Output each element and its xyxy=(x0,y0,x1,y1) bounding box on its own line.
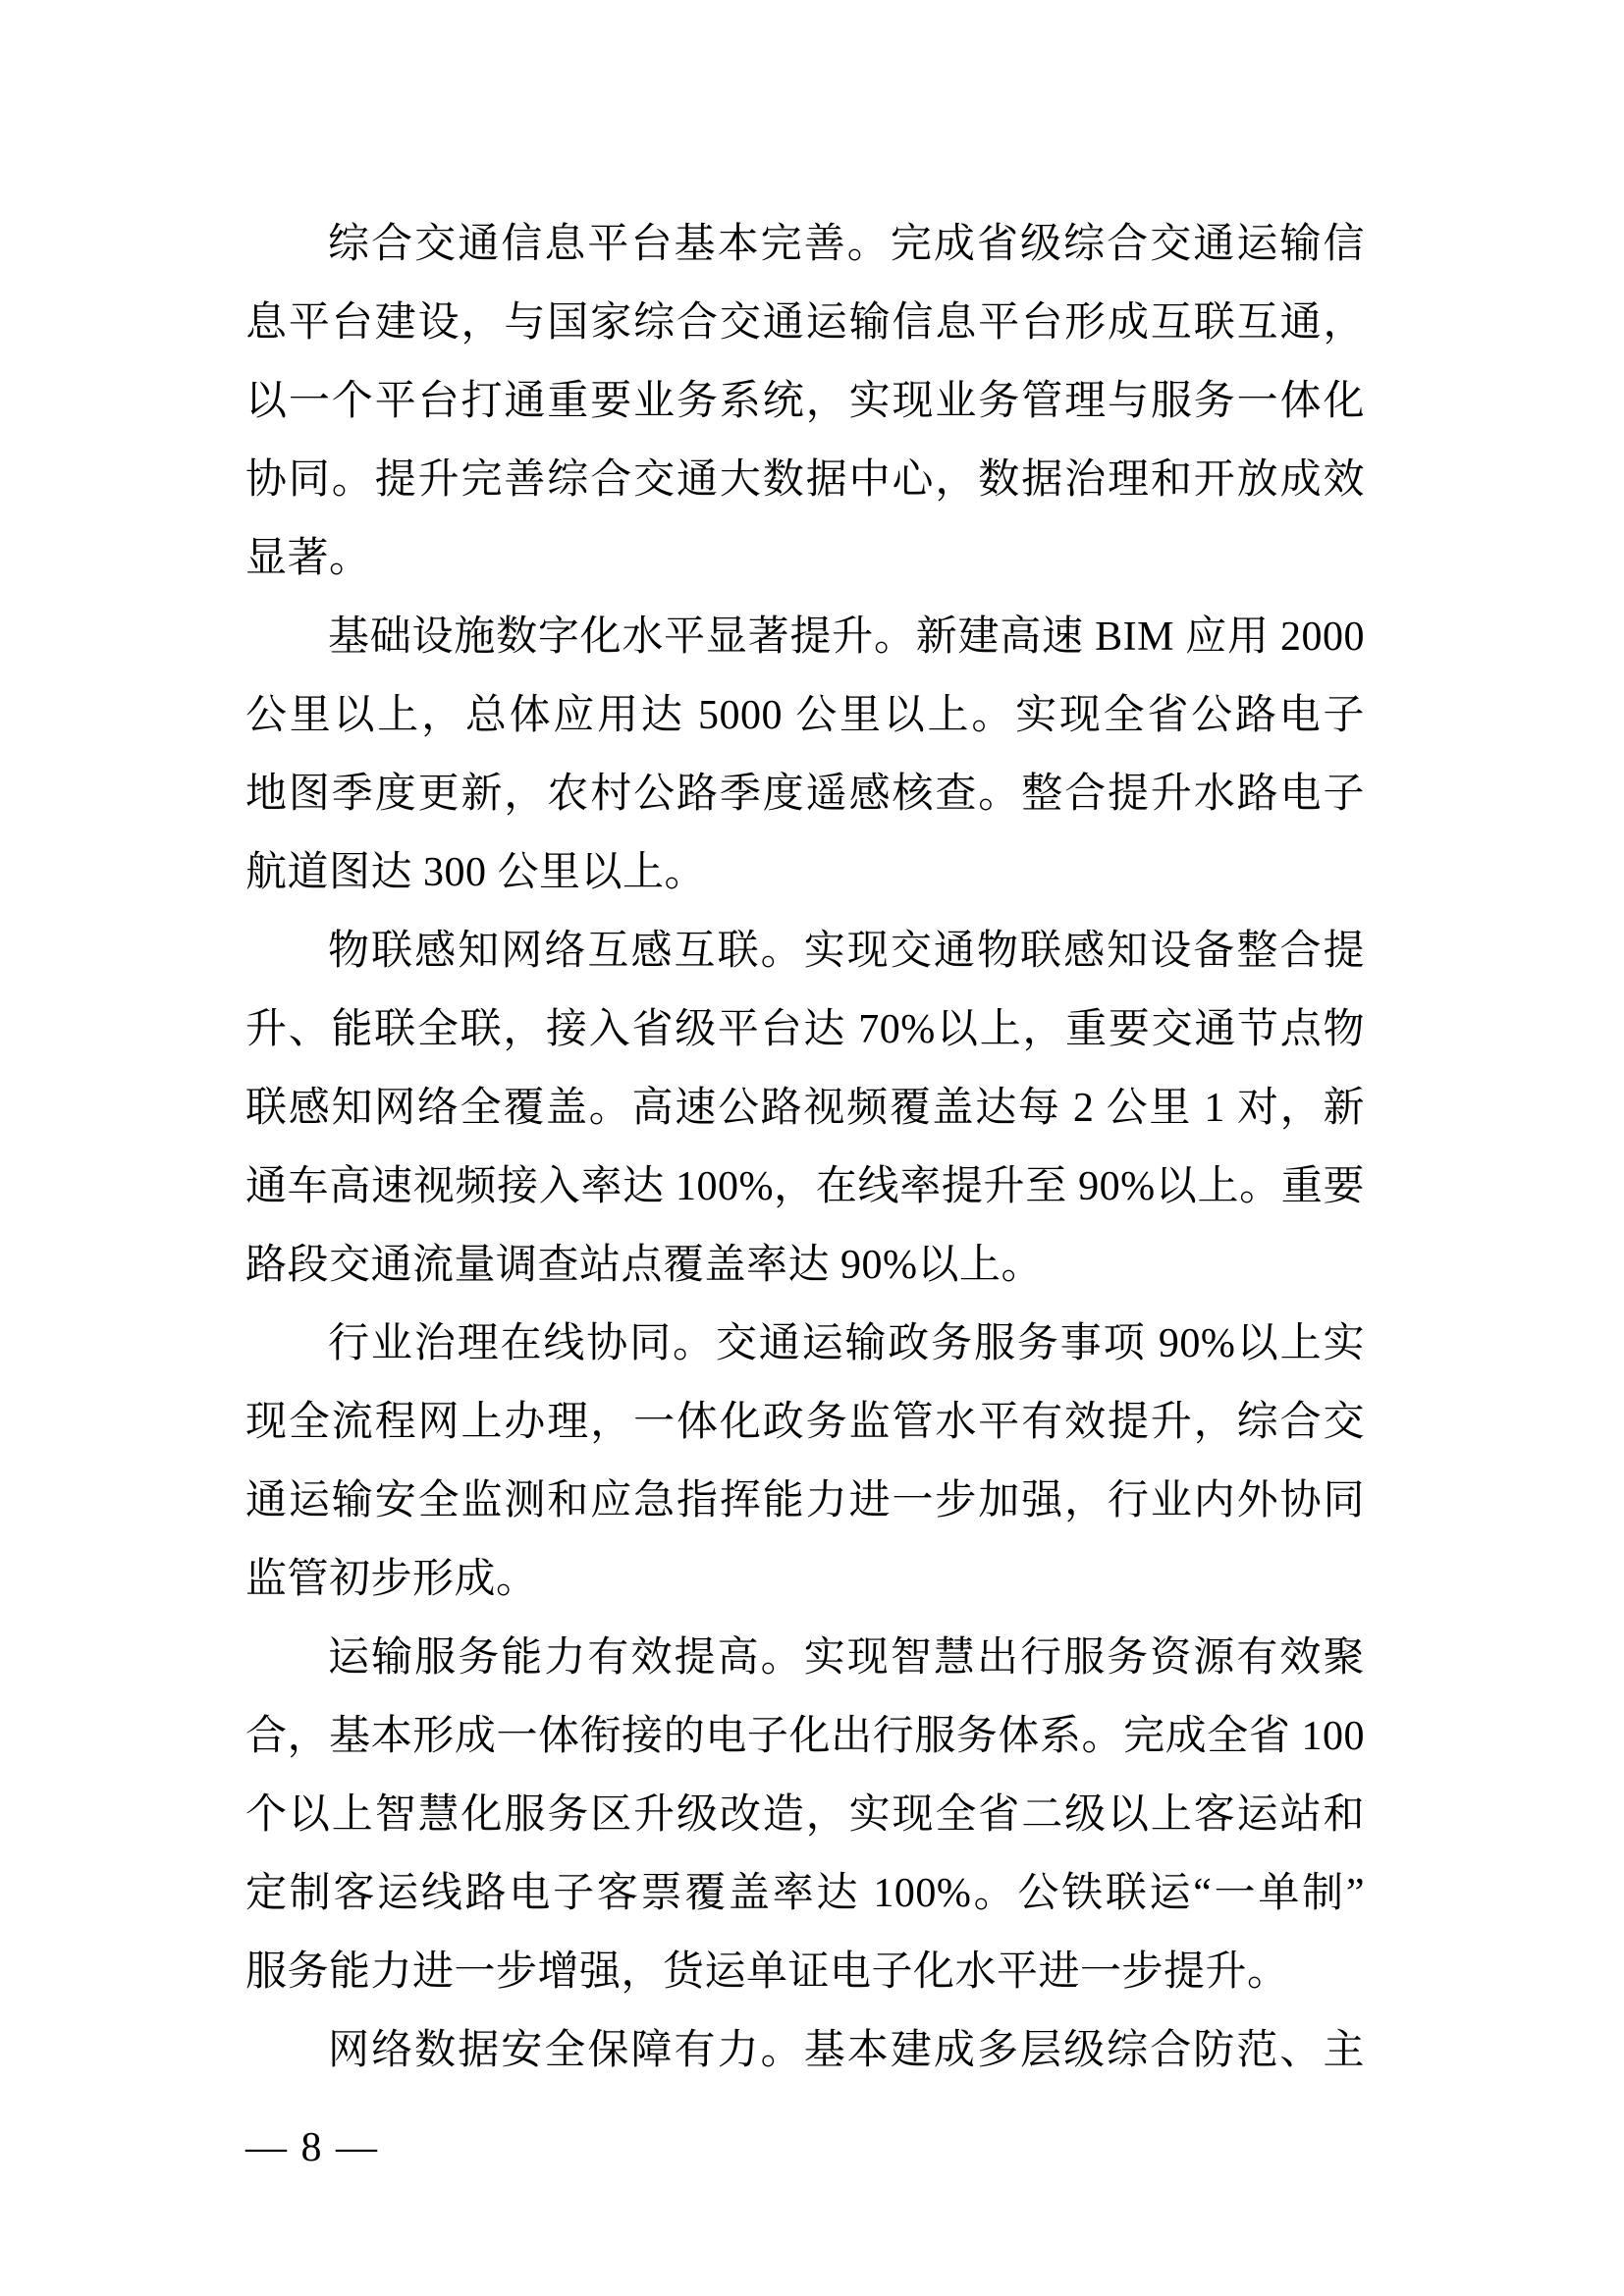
paragraph: 运输服务能力有效提高。实现智慧出行服务资源有效聚合，基本形成一体衔接的电子化出行… xyxy=(245,1619,1365,2011)
text-line: 个以上智慧化服务区升级改造，实现全省二级以上客运站和 xyxy=(245,1776,1365,1854)
text-line: 通运输安全监测和应急指挥能力进一步加强，行业内外协同 xyxy=(245,1462,1365,1540)
text-line: 运输服务能力有效提高。实现智慧出行服务资源有效聚 xyxy=(245,1619,1365,1697)
text-line: 定制客运线路电子客票覆盖率达 100%。公铁联运“一单制” xyxy=(245,1854,1365,1933)
text-line: 合，基本形成一体衔接的电子化出行服务体系。完成全省 100 xyxy=(245,1697,1365,1776)
text-line: 联感知网络全覆盖。高速公路视频覆盖达每 2 公里 1 对，新 xyxy=(245,1069,1365,1148)
text-line: 服务能力进一步增强，货运单证电子化水平进一步提升。 xyxy=(245,1933,1365,2011)
text-line: 网络数据安全保障有力。基本建成多层级综合防范、主 xyxy=(245,2011,1365,2090)
document-body: 综合交通信息平台基本完善。完成省级综合交通运输信息平台建设，与国家综合交通运输信… xyxy=(245,205,1365,2090)
paragraph: 综合交通信息平台基本完善。完成省级综合交通运输信息平台建设，与国家综合交通运输信… xyxy=(245,205,1365,598)
paragraph: 网络数据安全保障有力。基本建成多层级综合防范、主 xyxy=(245,2011,1365,2090)
text-line: 综合交通信息平台基本完善。完成省级综合交通运输信 xyxy=(245,205,1365,284)
text-line: 显著。 xyxy=(245,519,1365,598)
text-line: 基础设施数字化水平显著提升。新建高速 BIM 应用 2000 xyxy=(245,598,1365,676)
page-number: — 8 — xyxy=(245,2109,379,2187)
text-line: 通车高速视频接入率达 100%，在线率提升至 90%以上。重要 xyxy=(245,1148,1365,1226)
text-line: 物联感知网络互感互联。实现交通物联感知设备整合提 xyxy=(245,912,1365,990)
document-page: 综合交通信息平台基本完善。完成省级综合交通运输信息平台建设，与国家综合交通运输信… xyxy=(0,0,1624,2296)
text-line: 航道图达 300 公里以上。 xyxy=(245,833,1365,912)
text-line: 息平台建设，与国家综合交通运输信息平台形成互联互通， xyxy=(245,284,1365,362)
text-line: 路段交通流量调查站点覆盖率达 90%以上。 xyxy=(245,1226,1365,1305)
text-line: 以一个平台打通重要业务系统，实现业务管理与服务一体化 xyxy=(245,362,1365,441)
text-line: 现全流程网上办理，一体化政务监管水平有效提升，综合交 xyxy=(245,1383,1365,1462)
text-line: 公里以上，总体应用达 5000 公里以上。实现全省公路电子 xyxy=(245,676,1365,755)
text-line: 协同。提升完善综合交通大数据中心，数据治理和开放成效 xyxy=(245,441,1365,519)
text-line: 行业治理在线协同。交通运输政务服务事项 90%以上实 xyxy=(245,1305,1365,1383)
text-line: 升、能联全联，接入省级平台达 70%以上，重要交通节点物 xyxy=(245,990,1365,1069)
text-line: 地图季度更新，农村公路季度遥感核查。整合提升水路电子 xyxy=(245,755,1365,833)
paragraph: 基础设施数字化水平显著提升。新建高速 BIM 应用 2000公里以上，总体应用达… xyxy=(245,598,1365,912)
text-line: 监管初步形成。 xyxy=(245,1540,1365,1619)
paragraph: 物联感知网络互感互联。实现交通物联感知设备整合提升、能联全联，接入省级平台达 7… xyxy=(245,912,1365,1305)
paragraph: 行业治理在线协同。交通运输政务服务事项 90%以上实现全流程网上办理，一体化政务… xyxy=(245,1305,1365,1619)
